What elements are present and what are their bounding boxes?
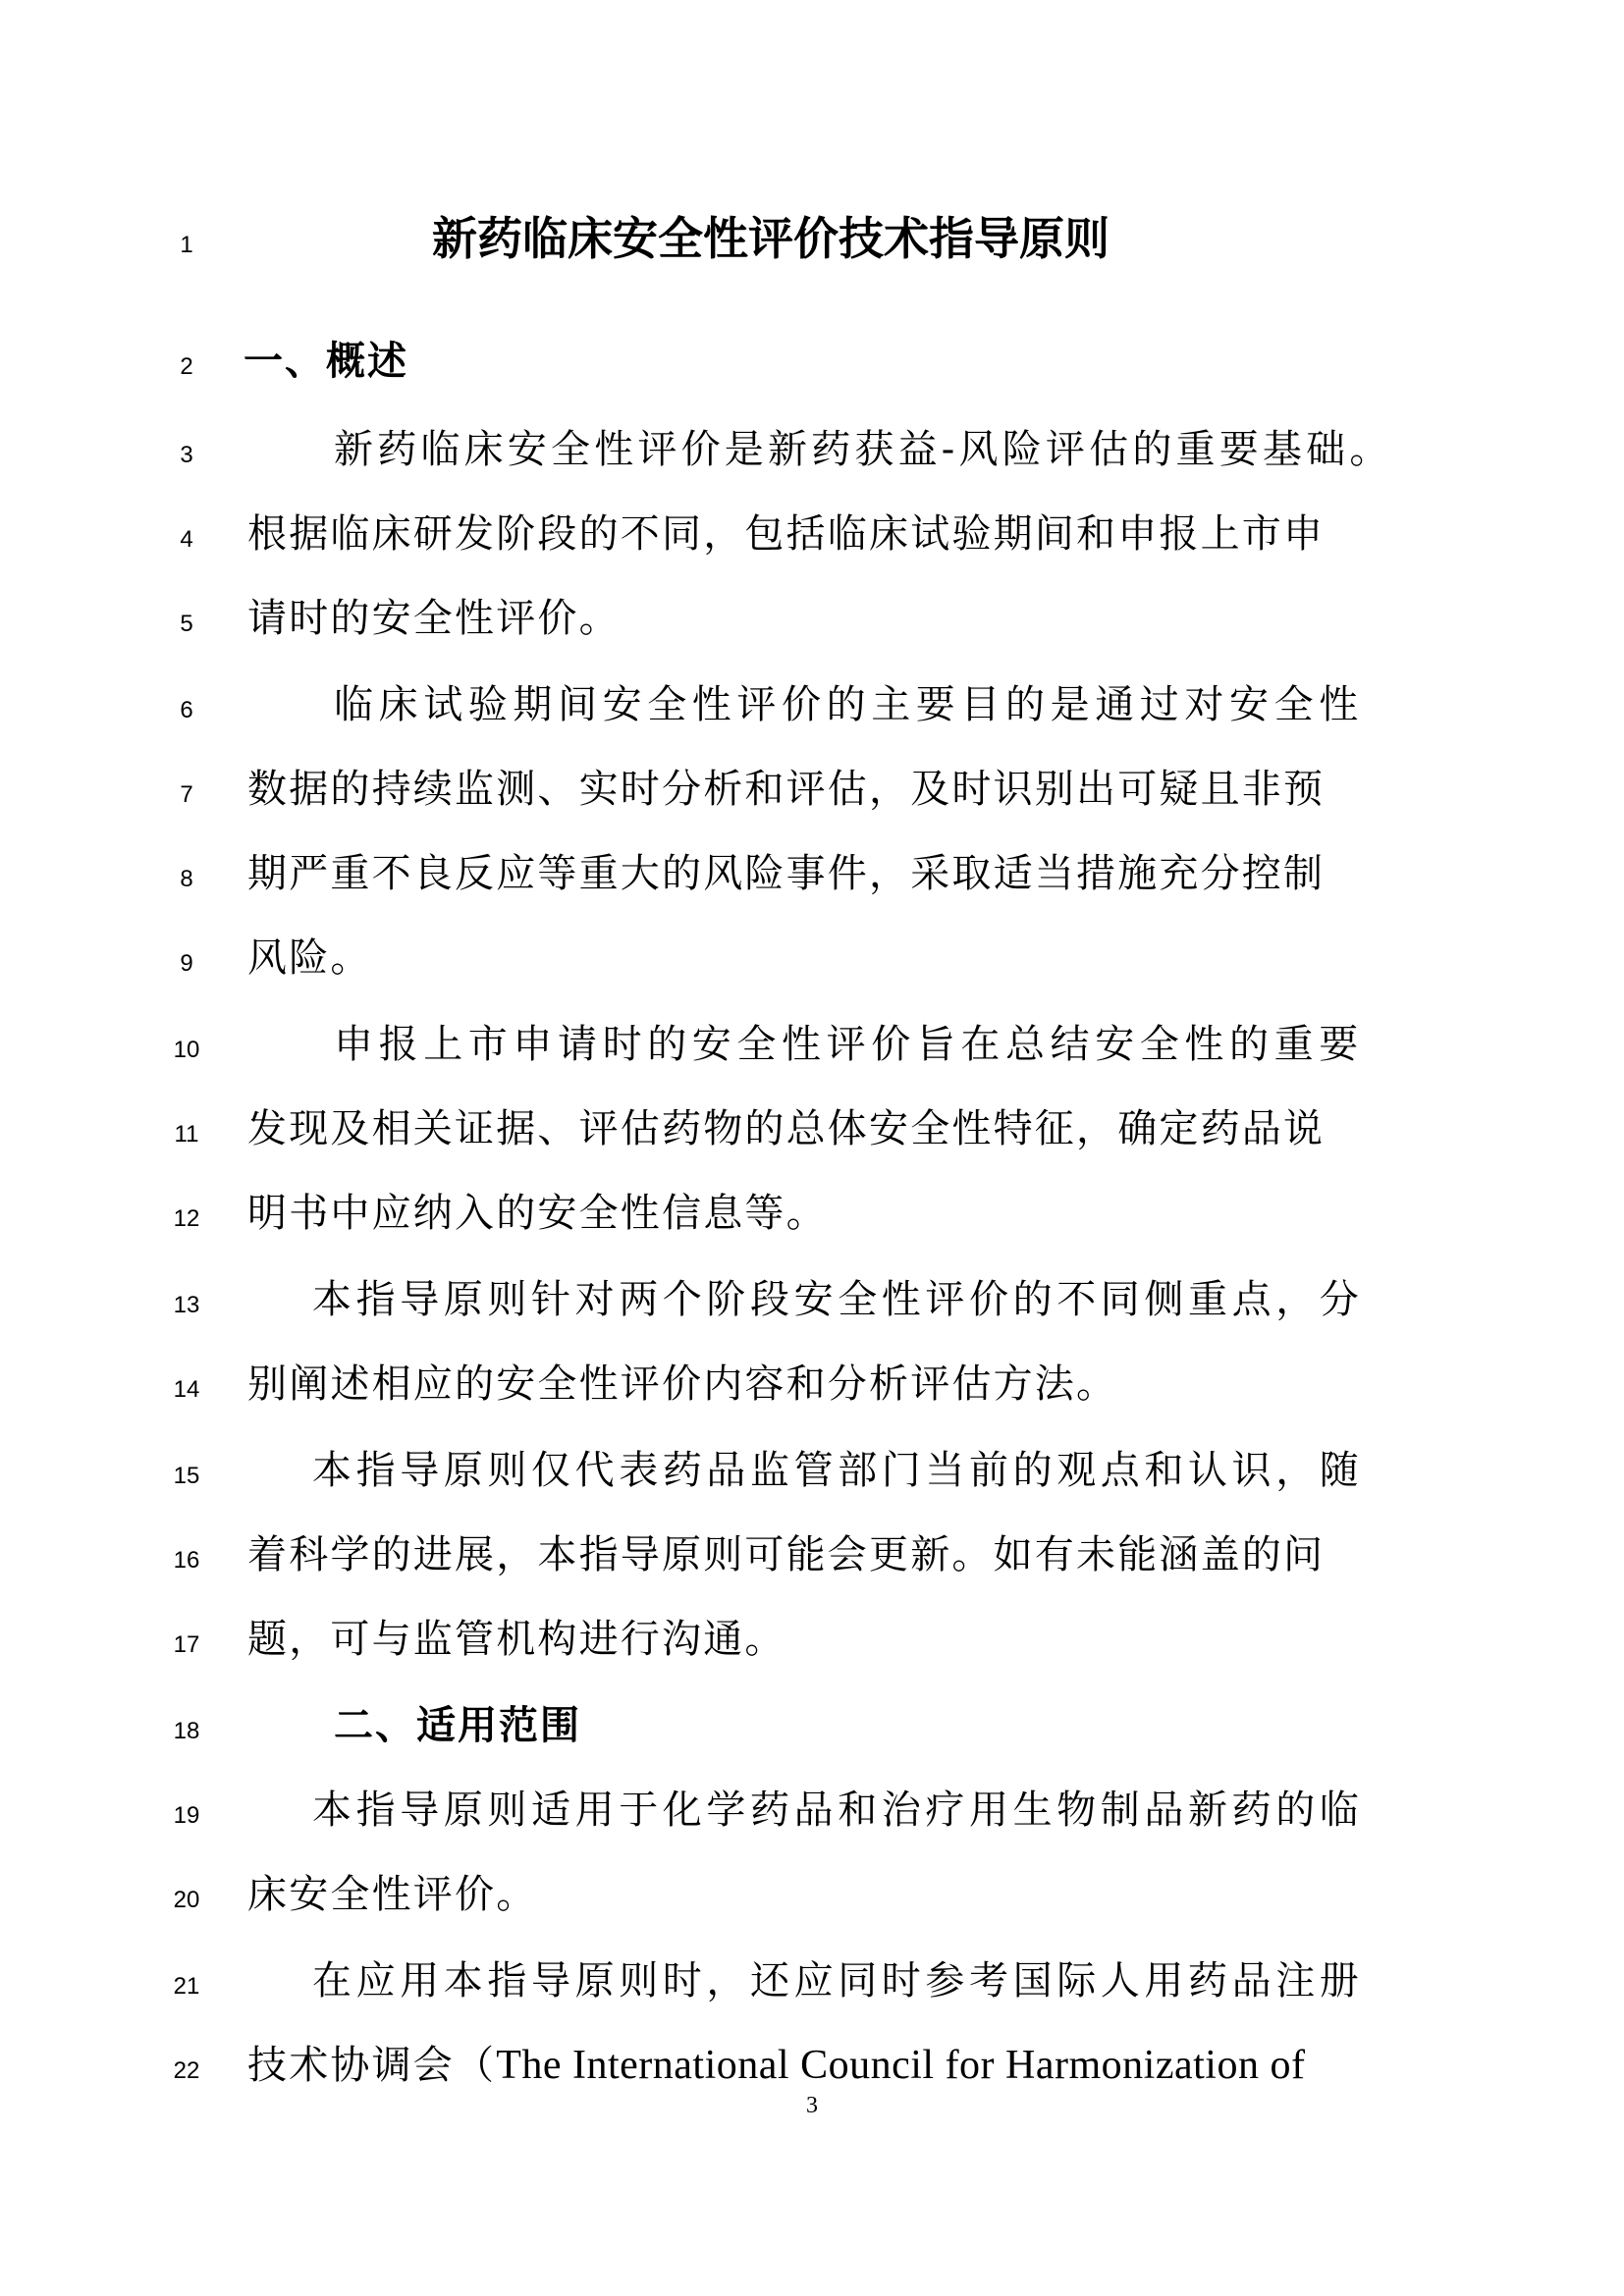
paragraph-text: 技术协调会（The International Council for Harm… xyxy=(247,2036,1396,2095)
line-number: 11 xyxy=(157,1105,216,1164)
paragraph-text: 床安全性评价。 xyxy=(247,1865,1396,1924)
line-number: 4 xyxy=(157,510,216,569)
paragraph-text: 明书中应纳入的安全性信息等。 xyxy=(247,1184,1396,1243)
line-number: 14 xyxy=(157,1361,216,1419)
paragraph-text: 题，可与监管机构进行沟通。 xyxy=(247,1610,1396,1669)
line-22: 22 技术协调会（The International Council for H… xyxy=(0,2036,1624,2095)
paragraph-text: 着科学的进展，本指导原则可能会更新。如有未能涵盖的问 xyxy=(247,1525,1396,1584)
line-13: 13 本指导原则针对两个阶段安全性评价的不同侧重点，分 xyxy=(0,1270,1624,1329)
line-14: 14 别阐述相应的安全性评价内容和分析评估方法。 xyxy=(0,1355,1624,1414)
line-number: 6 xyxy=(157,681,216,740)
line-number: 13 xyxy=(157,1276,216,1335)
line-number: 12 xyxy=(157,1190,216,1249)
paragraph-text: 发现及相关证据、评估药物的总体安全性特征，确定药品说 xyxy=(247,1099,1396,1158)
line-number: 7 xyxy=(157,766,216,825)
section-heading-scope: 二、适用范围 xyxy=(334,1696,1483,1755)
line-number: 15 xyxy=(157,1447,216,1506)
line-number: 18 xyxy=(157,1702,216,1761)
paragraph-text: 别阐述相应的安全性评价内容和分析评估方法。 xyxy=(247,1355,1396,1414)
line-number: 16 xyxy=(157,1531,216,1590)
line-2: 2 一、概述 xyxy=(0,332,1624,391)
document-page: 1 新药临床安全性评价技术指导原则 2 一、概述 3 新药临床安全性评价是新药获… xyxy=(0,0,1624,2296)
line-12: 12 明书中应纳入的安全性信息等。 xyxy=(0,1184,1624,1243)
line-10: 10 申报上市申请时的安全性评价旨在总结安全性的重要 xyxy=(0,1015,1624,1074)
line-6: 6 临床试验期间安全性评价的主要目的是通过对安全性 xyxy=(0,675,1624,734)
line-number: 1 xyxy=(157,216,216,275)
line-number: 3 xyxy=(157,426,216,485)
paragraph-text: 本指导原则仅代表药品监管部门当前的观点和认识，随 xyxy=(312,1441,1396,1500)
line-18: 18 二、适用范围 xyxy=(0,1696,1624,1755)
line-15: 15 本指导原则仅代表药品监管部门当前的观点和认识，随 xyxy=(0,1441,1624,1500)
line-number: 10 xyxy=(157,1021,216,1080)
line-20: 20 床安全性评价。 xyxy=(0,1865,1624,1924)
line-number: 8 xyxy=(157,850,216,909)
line-number: 20 xyxy=(157,1871,216,1930)
line-21: 21 在应用本指导原则时，还应同时参考国际人用药品注册 xyxy=(0,1951,1624,2010)
line-number: 5 xyxy=(157,595,216,654)
line-1: 1 新药临床安全性评价技术指导原则 xyxy=(0,204,1624,273)
line-8: 8 期严重不良反应等重大的风险事件，采取适当措施充分控制 xyxy=(0,844,1624,903)
paragraph-text: 根据临床研发阶段的不同，包括临床试验期间和申报上市申 xyxy=(247,505,1396,563)
paragraph-text: 在应用本指导原则时，还应同时参考国际人用药品注册 xyxy=(312,1951,1396,2010)
line-number: 17 xyxy=(157,1616,216,1675)
line-number: 21 xyxy=(157,1957,216,2016)
paragraph-text: 本指导原则针对两个阶段安全性评价的不同侧重点，分 xyxy=(312,1270,1396,1329)
paragraph-text-latin: The International Council for Harmonizat… xyxy=(496,2043,1305,2088)
line-number: 2 xyxy=(157,338,216,397)
paragraph-text: 期严重不良反应等重大的风险事件，采取适当措施充分控制 xyxy=(247,844,1396,903)
line-number: 19 xyxy=(157,1787,216,1845)
line-16: 16 着科学的进展，本指导原则可能会更新。如有未能涵盖的问 xyxy=(0,1525,1624,1584)
section-heading-overview: 一、概述 xyxy=(244,332,1392,391)
paragraph-text: 风险。 xyxy=(247,929,1396,988)
page-number: 3 xyxy=(0,2093,1624,2119)
paragraph-text: 请时的安全性评价。 xyxy=(247,589,1396,648)
paragraph-text: 本指导原则适用于化学药品和治疗用生物制品新药的临 xyxy=(312,1781,1396,1840)
line-4: 4 根据临床研发阶段的不同，包括临床试验期间和申报上市申 xyxy=(0,505,1624,563)
line-17: 17 题，可与监管机构进行沟通。 xyxy=(0,1610,1624,1669)
paragraph-text: 申报上市申请时的安全性评价旨在总结安全性的重要 xyxy=(334,1015,1396,1074)
document-title: 新药临床安全性评价技术指导原则 xyxy=(432,204,1208,273)
paragraph-text-cjk: 技术协调会（ xyxy=(247,2043,496,2088)
line-3: 3 新药临床安全性评价是新药获益-风险评估的重要基础。 xyxy=(0,420,1624,479)
line-11: 11 发现及相关证据、评估药物的总体安全性特征，确定药品说 xyxy=(0,1099,1624,1158)
line-19: 19 本指导原则适用于化学药品和治疗用生物制品新药的临 xyxy=(0,1781,1624,1840)
line-number: 9 xyxy=(157,934,216,993)
line-9: 9 风险。 xyxy=(0,929,1624,988)
paragraph-text: 新药临床安全性评价是新药获益-风险评估的重要基础。 xyxy=(334,420,1396,479)
paragraph-text: 数据的持续监测、实时分析和评估，及时识别出可疑且非预 xyxy=(247,760,1396,819)
line-7: 7 数据的持续监测、实时分析和评估，及时识别出可疑且非预 xyxy=(0,760,1624,819)
line-5: 5 请时的安全性评价。 xyxy=(0,589,1624,648)
paragraph-text: 临床试验期间安全性评价的主要目的是通过对安全性 xyxy=(334,675,1396,734)
line-number: 22 xyxy=(157,2042,216,2101)
